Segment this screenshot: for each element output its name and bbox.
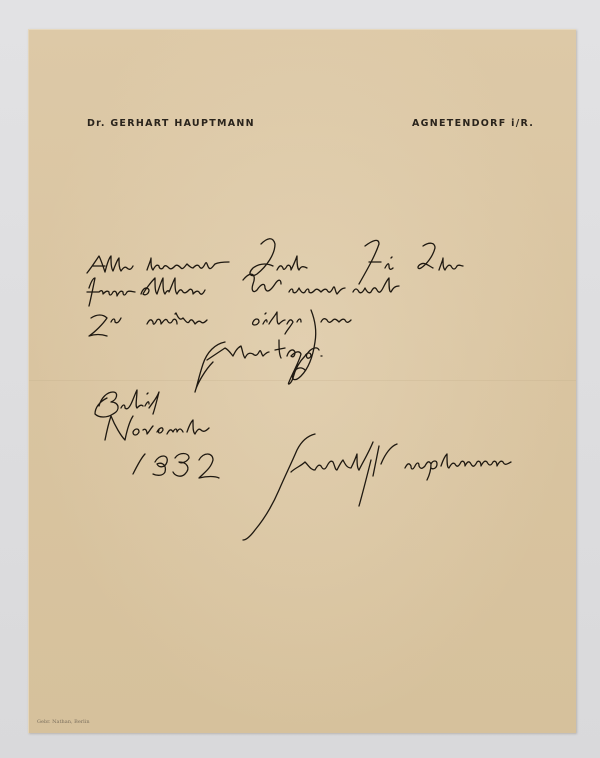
ink-line-2: [87, 274, 399, 306]
letter-sheet: Dr. GERHART HAUPTMANN AGNETENDORF i/R. A…: [28, 29, 576, 733]
ink-line-1: [87, 239, 463, 284]
ink-line-4: [195, 340, 322, 392]
printer-imprint: Gebr. Nathan, Berlin: [37, 719, 90, 725]
ink-place-date: [95, 390, 219, 478]
ink-line-3: [89, 310, 351, 380]
ink-signature: [243, 434, 511, 540]
handwriting-ink: [29, 30, 576, 733]
